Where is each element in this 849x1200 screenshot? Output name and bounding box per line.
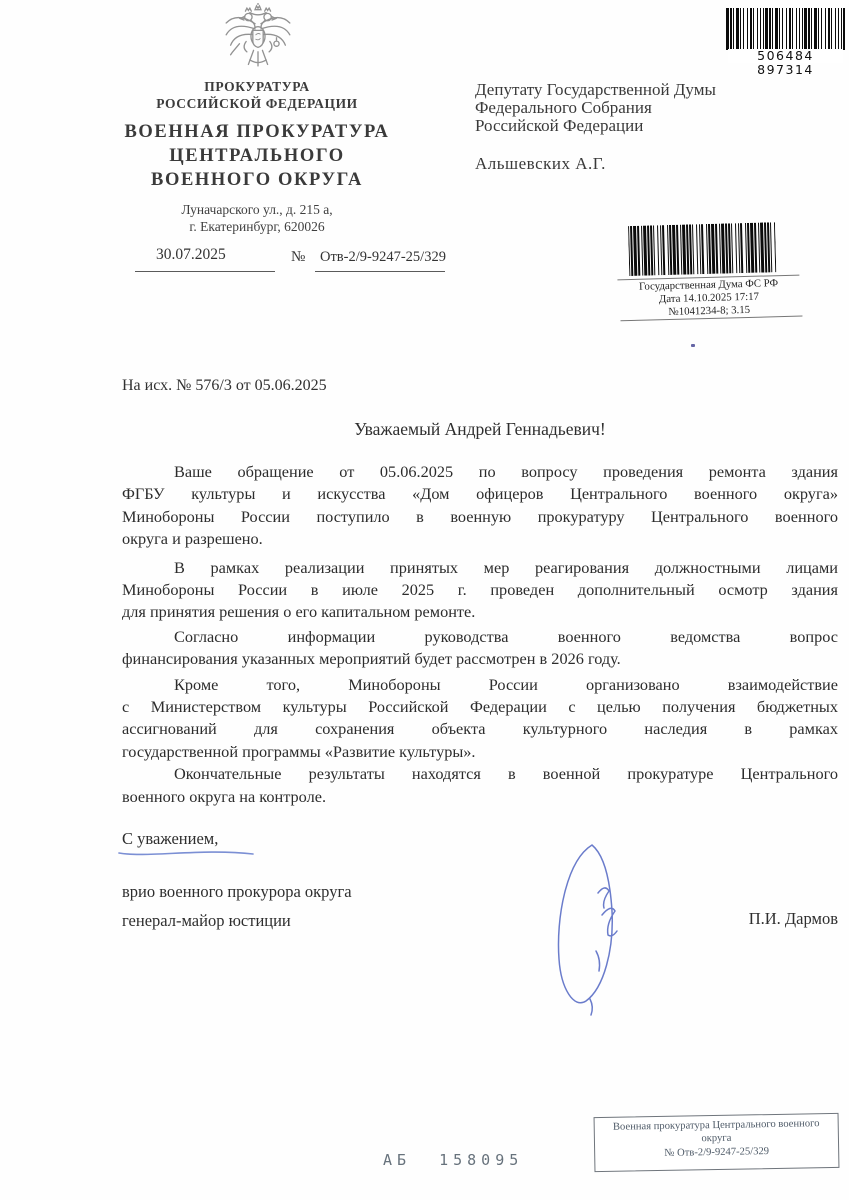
org-address-line2: г. Екатеринбург, 620026 xyxy=(87,218,427,235)
duma-barcode-bars xyxy=(628,222,776,276)
blank-form-number: АБ 158095 xyxy=(383,1151,523,1169)
org-large-line2: ЦЕНТРАЛЬНОГО xyxy=(87,144,427,168)
russia-coat-of-arms-icon xyxy=(221,3,295,77)
date-underline xyxy=(135,271,275,272)
letter-body: Ваше обращение от 05.06.2025 по вопросу … xyxy=(122,461,838,808)
org-address-line1: Луначарского ул., д. 215 а, xyxy=(87,201,427,218)
signer-position-line2: генерал-майор юстиции xyxy=(122,911,291,931)
recipient-line2: Федерального Собрания xyxy=(475,99,805,117)
recipient-line1: Депутату Государственной Думы xyxy=(475,81,805,99)
body-line: Минобороны России поступило в военную пр… xyxy=(122,506,838,528)
duma-registration-stamp: Государственная Дума ФС РФ Дата 14.10.20… xyxy=(612,222,802,227)
letter-number: Отв-2/9-9247-25/329 xyxy=(320,249,446,266)
org-small-line2: РОССИЙСКОЙ ФЕДЕРАЦИИ xyxy=(87,96,427,113)
paragraph: Окончательные результаты находятся в вое… xyxy=(122,763,838,808)
paragraph: Ваше обращение от 05.06.2025 по вопросу … xyxy=(122,461,838,551)
body-line: ФГБУ культуры и искусства «Дом офицеров … xyxy=(122,483,838,505)
paragraph: Кроме того, Минобороны России организова… xyxy=(122,674,838,764)
salutation: Уважаемый Андрей Геннадьевич! xyxy=(122,419,838,440)
ink-speck xyxy=(691,344,695,347)
org-large-line3: ВОЕННОГО ОКРУГА xyxy=(87,168,427,192)
pen-underline xyxy=(117,846,257,858)
recipient-line3: Российской Федерации xyxy=(475,117,805,135)
body-line: ассигнований для сохранения объекта куль… xyxy=(122,718,838,740)
org-small-line1: ПРОКУРАТУРА xyxy=(87,79,427,96)
body-line: В рамках реализации принятых мер реагиро… xyxy=(122,557,838,579)
paragraph: В рамках реализации принятых мер реагиро… xyxy=(122,557,838,624)
body-line: Кроме того, Минобороны России организова… xyxy=(122,674,838,696)
body-line: государственной программы «Развитие куль… xyxy=(122,741,838,763)
scanned-letter-page: ПРОКУРАТУРА РОССИЙСКОЙ ФЕДЕРАЦИИ ВОЕННАЯ… xyxy=(0,0,849,1200)
org-address: Луначарского ул., д. 215 а, г. Екатеринб… xyxy=(87,201,427,235)
body-line: военного округа на контроле. xyxy=(122,786,838,808)
body-line: округа и разрешено. xyxy=(122,528,838,550)
signer-position-line1: врио военного прокурора округа xyxy=(122,882,352,902)
letter-date: 30.07.2025 xyxy=(156,246,226,264)
body-line: Минобороны России в июле 2025 г. проведе… xyxy=(122,579,838,601)
stamp-line3: № Отв-2/9-9247-25/329 xyxy=(595,1144,838,1162)
postal-barcode: 506484 897314 xyxy=(726,8,845,63)
duma-stamp-text: Государственная Дума ФС РФ Дата 14.10.20… xyxy=(613,276,804,319)
number-sign: № xyxy=(291,249,305,266)
org-large-line1: ВОЕННАЯ ПРОКУРАТУРА xyxy=(87,120,427,144)
recipient-block: Депутату Государственной Думы Федерально… xyxy=(475,81,805,135)
recipient-name: Альшевских А.Г. xyxy=(475,154,606,174)
body-line: финансирования указанных мероприятий буд… xyxy=(122,648,838,670)
body-line: Согласно информации руководства военного… xyxy=(122,626,838,648)
number-underline xyxy=(315,271,445,272)
body-line: Ваше обращение от 05.06.2025 по вопросу … xyxy=(122,461,838,483)
body-line: для принятия решения о его капитальном р… xyxy=(122,601,838,623)
reference-line: На исх. № 576/3 от 05.06.2025 xyxy=(122,377,327,395)
barcode-bars xyxy=(726,8,845,50)
body-line: с Министерством культуры Российской Феде… xyxy=(122,696,838,718)
body-line: Окончательные результаты находятся в вое… xyxy=(122,763,838,785)
org-name-small: ПРОКУРАТУРА РОССИЙСКОЙ ФЕДЕРАЦИИ xyxy=(87,79,427,112)
paragraph: Согласно информации руководства военного… xyxy=(122,626,838,671)
handwritten-signature xyxy=(550,831,670,1021)
barcode-digits: 506484 897314 xyxy=(728,49,843,63)
prosecutor-office-stamp: Военная прокуратура Центрального военног… xyxy=(594,1113,840,1172)
org-name-large: ВОЕННАЯ ПРОКУРАТУРА ЦЕНТРАЛЬНОГО ВОЕННОГ… xyxy=(87,120,427,192)
